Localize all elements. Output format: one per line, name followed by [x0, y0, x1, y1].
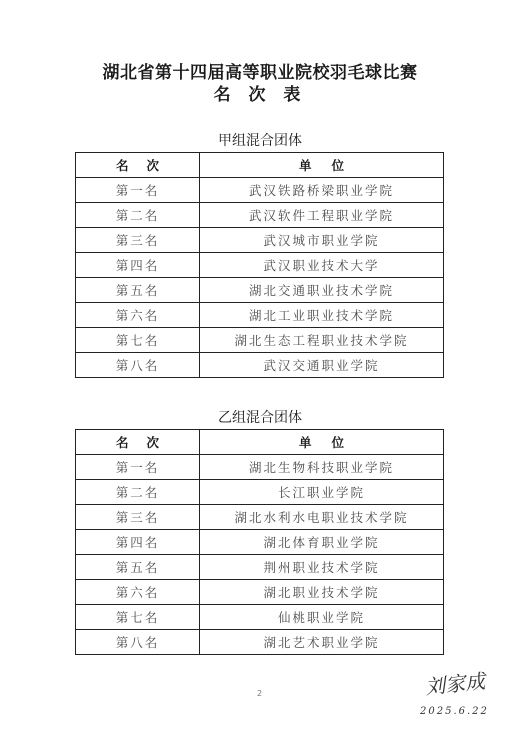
rank-cell: 第五名: [76, 278, 200, 303]
table-row: 第二名长江职业学院: [76, 480, 444, 505]
table-header-row: 名次 单位: [76, 153, 444, 178]
unit-cell: 武汉职业技术大学: [200, 253, 444, 278]
table-row: 第一名武汉铁路桥梁职业学院: [76, 178, 444, 203]
unit-cell: 仙桃职业学院: [200, 605, 444, 630]
table-row: 第五名湖北交通职业技术学院: [76, 278, 444, 303]
header-rank: 名次: [76, 430, 200, 455]
unit-cell: 武汉软件工程职业学院: [200, 203, 444, 228]
document-subtitle: 名 次 表: [0, 80, 520, 105]
table-row: 第二名武汉软件工程职业学院: [76, 203, 444, 228]
unit-cell: 武汉交通职业学院: [200, 353, 444, 378]
table-row: 第七名仙桃职业学院: [76, 605, 444, 630]
rank-cell: 第五名: [76, 555, 200, 580]
table-row: 第一名湖北生物科技职业学院: [76, 455, 444, 480]
rank-cell: 第四名: [76, 530, 200, 555]
ranking-table-group-a: 名次 单位 第一名武汉铁路桥梁职业学院 第二名武汉软件工程职业学院 第三名武汉城…: [75, 152, 444, 378]
table-row: 第八名湖北艺术职业学院: [76, 630, 444, 655]
unit-cell: 湖北工业职业技术学院: [200, 303, 444, 328]
unit-cell: 湖北交通职业技术学院: [200, 278, 444, 303]
table-row: 第三名湖北水利水电职业技术学院: [76, 505, 444, 530]
handwritten-signature: 刘家成: [424, 665, 487, 700]
header-unit: 单位: [200, 153, 444, 178]
table-row: 第六名湖北工业职业技术学院: [76, 303, 444, 328]
table-row: 第四名湖北体育职业学院: [76, 530, 444, 555]
table-header-row: 名次 单位: [76, 430, 444, 455]
rank-cell: 第三名: [76, 228, 200, 253]
rank-cell: 第八名: [76, 630, 200, 655]
rank-cell: 第一名: [76, 178, 200, 203]
rank-cell: 第八名: [76, 353, 200, 378]
unit-cell: 湖北体育职业学院: [200, 530, 444, 555]
unit-cell: 湖北水利水电职业技术学院: [200, 505, 444, 530]
section-title-group-a: 甲组混合团体: [0, 130, 520, 150]
table-row: 第八名武汉交通职业学院: [76, 353, 444, 378]
rank-cell: 第二名: [76, 203, 200, 228]
unit-cell: 长江职业学院: [200, 480, 444, 505]
rank-cell: 第七名: [76, 328, 200, 353]
rank-cell: 第六名: [76, 303, 200, 328]
signature-date: 2025.6.22: [420, 706, 489, 717]
header-rank: 名次: [76, 153, 200, 178]
table-row: 第四名武汉职业技术大学: [76, 253, 444, 278]
page-number: 2: [257, 689, 262, 698]
section-title-group-b: 乙组混合团体: [0, 407, 520, 427]
unit-cell: 武汉城市职业学院: [200, 228, 444, 253]
ranking-table-group-b: 名次 单位 第一名湖北生物科技职业学院 第二名长江职业学院 第三名湖北水利水电职…: [75, 429, 444, 655]
rank-cell: 第一名: [76, 455, 200, 480]
rank-cell: 第七名: [76, 605, 200, 630]
unit-cell: 湖北生物科技职业学院: [200, 455, 444, 480]
unit-cell: 湖北职业技术学院: [200, 580, 444, 605]
rank-cell: 第二名: [76, 480, 200, 505]
table-row: 第六名湖北职业技术学院: [76, 580, 444, 605]
unit-cell: 荆州职业技术学院: [200, 555, 444, 580]
unit-cell: 湖北生态工程职业技术学院: [200, 328, 444, 353]
unit-cell: 湖北艺术职业学院: [200, 630, 444, 655]
rank-cell: 第三名: [76, 505, 200, 530]
table-row: 第五名荆州职业技术学院: [76, 555, 444, 580]
table-row: 第三名武汉城市职业学院: [76, 228, 444, 253]
table-row: 第七名湖北生态工程职业技术学院: [76, 328, 444, 353]
header-unit: 单位: [200, 430, 444, 455]
rank-cell: 第六名: [76, 580, 200, 605]
rank-cell: 第四名: [76, 253, 200, 278]
unit-cell: 武汉铁路桥梁职业学院: [200, 178, 444, 203]
